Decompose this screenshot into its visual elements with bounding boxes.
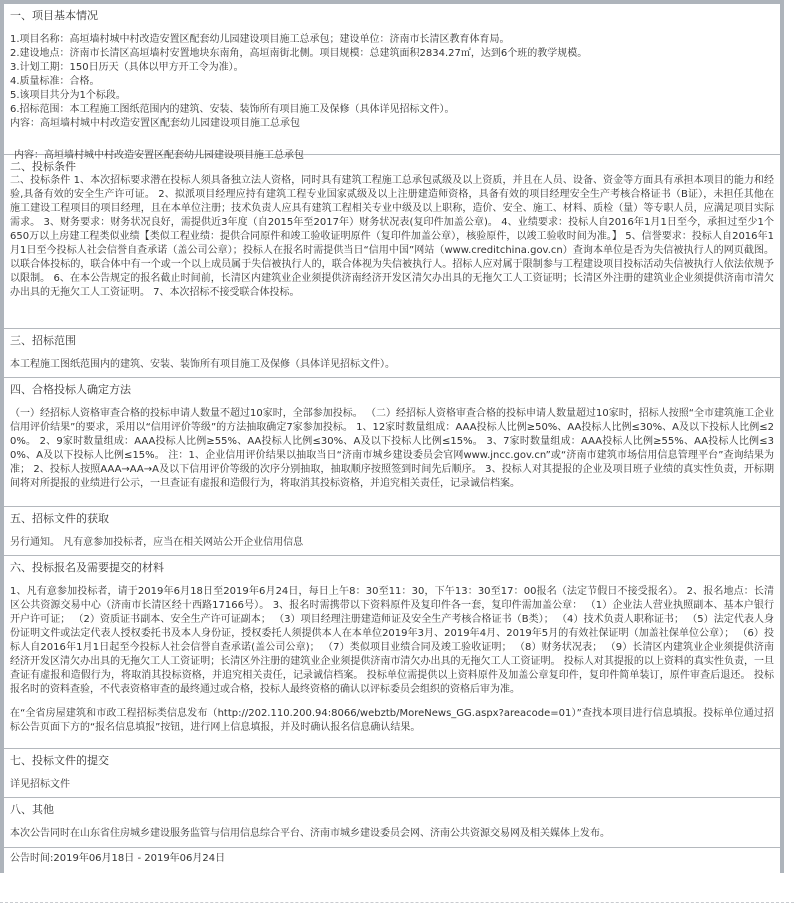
tender-announcement: 一、项目基本情况 1.项目名称：高垣墙村城中村改造安置区配套幼儿园建设项目施工总… (0, 0, 784, 873)
section-body: 本工程施工图纸范围内的建筑、安装、装饰所有项目施工及保修（具体详见招标文件）。 (10, 358, 774, 372)
list-item: 6.招标范围：本工程施工图纸范围内的建筑、安装、装饰所有项目施工及保修（具体详见… (10, 103, 774, 117)
list-item: 2.建设地点：济南市长清区高垣墙村安置地块东南角，高垣南街北侧。项目规模：总建筑… (10, 47, 774, 61)
section-qualified-bidder-method: 四、合格投标人确定方法 （一）经招标人资格审查合格的投标申请人数量不超过10家时… (4, 378, 780, 507)
bottom-divider (0, 902, 794, 903)
section-bid-submission: 七、投标文件的提交 详见招标文件 (4, 749, 780, 798)
list-item: 5.该项目共分为1个标段。 (10, 89, 774, 103)
list-item: 3.计划工期：150日历天（具体以甲方开工令为准）。 (10, 61, 774, 75)
section-body: 另行通知。 凡有意参加投标者，应当在相关网站公开企业信用信息 (10, 536, 774, 550)
section-title: 七、投标文件的提交 (10, 753, 774, 768)
section-registration-materials: 六、投标报名及需要提交的材料 1、凡有意参加投标者，请于2019年6月18日至2… (4, 556, 780, 749)
section-tender-scope: 三、招标范围 本工程施工图纸范围内的建筑、安装、装饰所有项目施工及保修（具体详见… (4, 329, 780, 378)
list-item: 内容：高垣墙村城中村改造安置区配套幼儿园建设项目施工总承包 (10, 117, 774, 131)
section-project-basics: 一、项目基本情况 1.项目名称：高垣墙村城中村改造安置区配套幼儿园建设项目施工总… (4, 4, 780, 155)
section-title: 四、合格投标人确定方法 (10, 382, 774, 397)
section-body: （一）经招标人资格审查合格的投标申请人数量不超过10家时，全部参加投标。 （二）… (10, 407, 774, 491)
publish-time: 公告时间:2019年06月18日 - 2019年06月24日 (10, 852, 774, 866)
registration-info-link-text: 在“全省房屋建筑和市政工程招标类信息发布（http://202.110.200.… (10, 707, 774, 735)
section-title: 五、招标文件的获取 (10, 511, 774, 526)
section-body: 详见招标文件 (10, 778, 774, 792)
section-title: 八、其他 (10, 802, 774, 817)
section-other: 八、其他 本次公告同时在山东省住房城乡建设服务监管与信用信息综合平台、济南市城乡… (4, 798, 780, 848)
section-title: 三、招标范围 (10, 333, 774, 348)
list-item: 1.项目名称：高垣墙村城中村改造安置区配套幼儿园建设项目施工总承包；建设单位：济… (10, 33, 774, 47)
section-body: 本次公告同时在山东省住房城乡建设服务监管与信用信息综合平台、济南市城乡建设委员会… (10, 827, 774, 841)
section-title: 六、投标报名及需要提交的材料 (10, 560, 774, 575)
section-document-acquisition: 五、招标文件的获取 另行通知。 凡有意参加投标者，应当在相关网站公开企业信用信息 (4, 507, 780, 556)
section-title: 一、项目基本情况 (10, 8, 774, 23)
list-item: 4.质量标准：合格。 (10, 75, 774, 89)
publish-time-row: 公告时间:2019年06月18日 - 2019年06月24日 (4, 848, 780, 873)
section-body: 1、凡有意参加投标者，请于2019年6月18日至2019年6月24日，每日上午8… (10, 585, 774, 697)
section-bid-conditions: 二、投标条件 二、投标条件 1、本次招标要求潜在投标人须具备独立法人资格，同时具… (4, 155, 780, 329)
section-body: 二、投标条件 1、本次招标要求潜在投标人须具备独立法人资格，同时具有建筑工程施工… (10, 174, 774, 300)
project-basics-list: 1.项目名称：高垣墙村城中村改造安置区配套幼儿园建设项目施工总承包；建设单位：济… (10, 33, 774, 131)
